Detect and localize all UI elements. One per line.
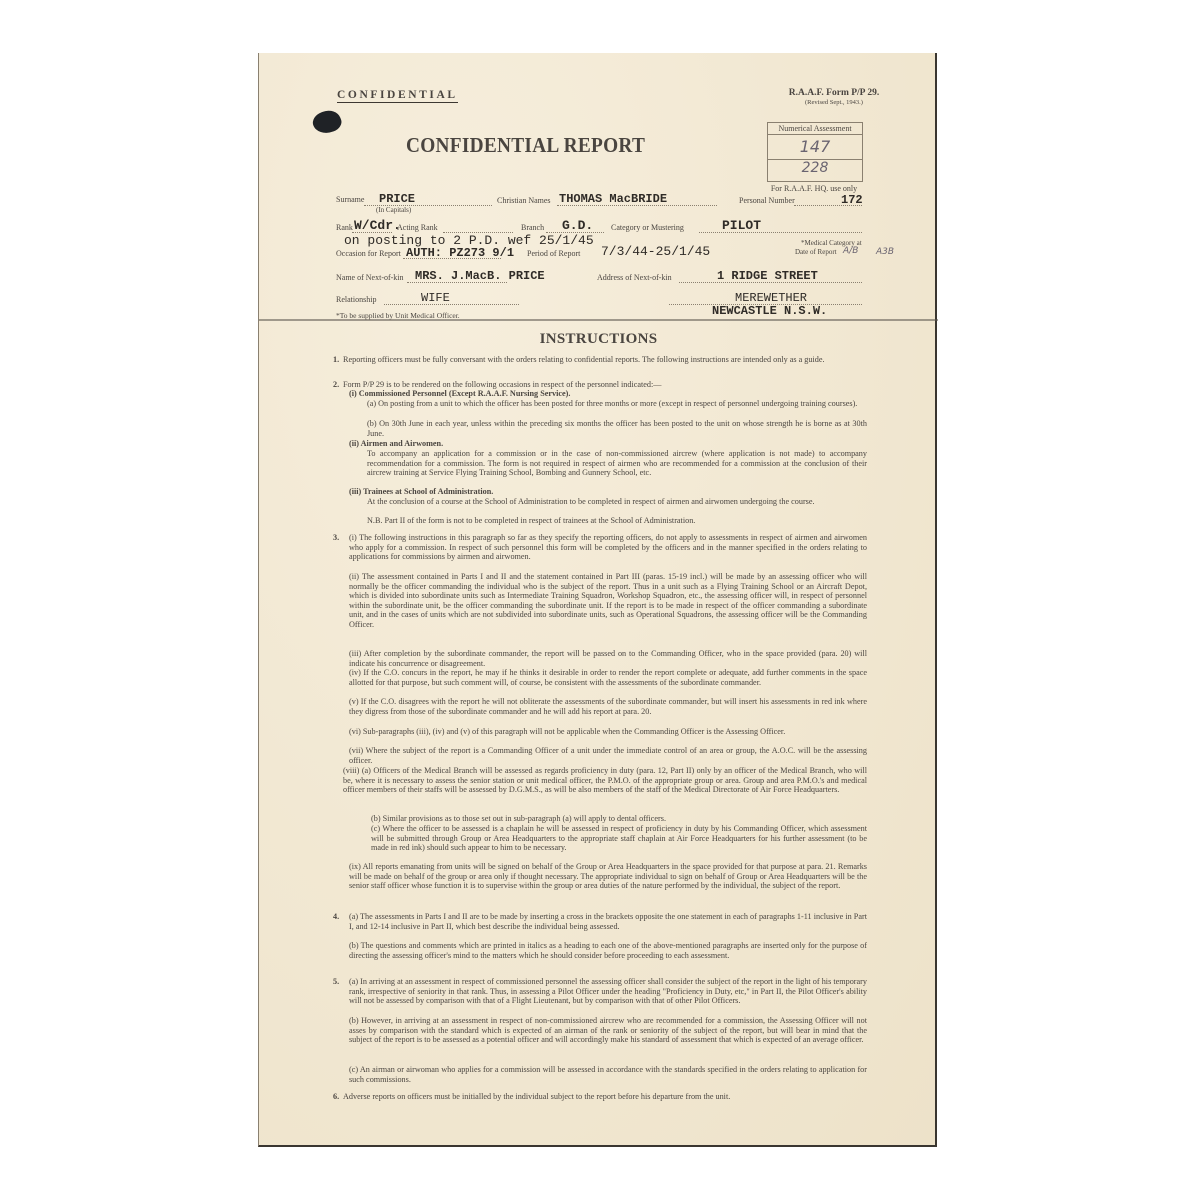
nok-address-line1-value: 1 RIDGE STREET [717,269,818,283]
rank-label: Rank [336,223,353,232]
para-2-ii-heading: (ii) Airmen and Airwomen. [349,439,867,449]
numerical-assessment-value: 147 [768,137,862,160]
form-revision: (Revised Sept., 1943.) [764,99,904,106]
surname-value: PRICE [379,192,415,206]
branch-value: G.D. [562,218,593,233]
para-3-viii-b: (b) Similar provisions as to those set o… [371,814,867,824]
instructions-title: INSTRUCTIONS [259,331,938,348]
christian-names-label: Christian Names [497,196,551,205]
category-label: Category or Mustering [611,223,684,232]
relationship-line [384,304,519,305]
numerical-assessment-box: Numerical Assessment 147 228 [767,122,863,182]
relationship-value: WIFE [421,291,450,305]
punch-hole [310,107,344,137]
form-id: R.A.A.F. Form P/P 29. [764,88,904,98]
classification-label: CONFIDENTIAL [337,89,458,103]
section-divider [259,319,938,321]
period-label: Period of Report [527,249,580,258]
numerical-assessment-total: 228 [768,160,862,176]
para-2-iii-nb: N.B. Part II of the form is not to be co… [367,516,867,526]
para-3-vi: (vi) Sub-paragraphs (iii), (iv) and (v) … [349,727,867,737]
para-5-c: (c) An airman or airwoman who applies fo… [349,1065,867,1084]
next-of-kin-value: MRS. J.MacB. PRICE [415,269,545,283]
para-3-i: (i) The following instructions in this p… [349,533,867,562]
para-3-iv: (iv) If the C.O. concurs in the report, … [349,668,867,687]
para-2-ii-text: To accompany an application for a commis… [367,449,867,478]
nok-address-label: Address of Next-of-kin [597,273,672,282]
occasion-value-line2: AUTH: PZ273 9/1 [406,246,514,260]
para-3-vii: (vii) Where the subject of the report is… [349,746,867,765]
para-2-iii-text: At the conclusion of a course at the Sch… [367,497,867,507]
numerical-assessment-label: Numerical Assessment [768,124,862,135]
hq-use-note: For R.A.A.F. HQ. use only [759,184,869,193]
rank-value: W/Cdr. [354,218,401,233]
document-title: CONFIDENTIAL REPORT [406,133,645,158]
nok-address-line2-value: MEREWETHER [735,291,807,305]
medical-category-value: A/B [843,246,858,256]
para-2-iii-heading: (iii) Trainees at School of Administrati… [349,487,867,497]
occasion-label: Occasion for Report [336,249,401,258]
para-3-viii-a: (viii) (a) Officers of the Medical Branc… [343,766,867,795]
instructions-body: 1. Reporting officers must be fully conv… [333,355,867,1155]
relationship-label: Relationship [336,295,376,304]
medical-category-date-label: Date of Report [795,248,837,256]
para-3-v: (v) If the C.O. disagrees with the repor… [349,697,867,716]
personal-number-value: 172 [841,193,863,207]
para-2-i-b: (b) On 30th June in each year, unless wi… [367,419,867,438]
medical-category-value-2: A3B [876,247,894,257]
para-3-ix: (ix) All reports emanating from units wi… [349,862,867,891]
nok-address-line3-value: NEWCASTLE N.S.W. [712,304,827,318]
surname-sublabel: (In Capitals) [376,206,411,214]
branch-label: Branch [521,223,544,232]
para-4-b: (b) The questions and comments which are… [349,941,867,960]
para-5-a: (a) In arriving at an assessment in resp… [349,977,867,1006]
christian-names-value: THOMAS MacBRIDE [559,192,667,206]
para-2-i-a: (a) On posting from a unit to which the … [367,399,867,409]
category-value: PILOT [722,218,761,233]
document-page: CONFIDENTIAL R.A.A.F. Form P/P 29. (Revi… [258,53,937,1147]
acting-rank-label: Acting Rank [397,223,438,232]
next-of-kin-label: Name of Next-of-kin [336,273,404,282]
para-4-a: (a) The assessments in Parts I and II ar… [349,912,867,931]
para-3-iii: (iii) After completion by the subordinat… [349,649,867,668]
para-3-viii-c: (c) Where the officer to be assessed is … [371,824,867,853]
para-2-i-heading: (i) Commissioned Personnel (Except R.A.A… [349,389,867,399]
period-value: 7/3/44-25/1/45 [601,244,710,259]
surname-label: Surname [336,195,364,204]
para-3-ii: (ii) The assessment contained in Parts I… [349,572,867,630]
para-5-b: (b) However, in arriving at an assessmen… [349,1016,867,1045]
personal-number-label: Personal Number [739,196,795,205]
para-6-text: Adverse reports on officers must be init… [343,1092,867,1102]
para-1-text: Reporting officers must be fully convers… [343,355,867,365]
